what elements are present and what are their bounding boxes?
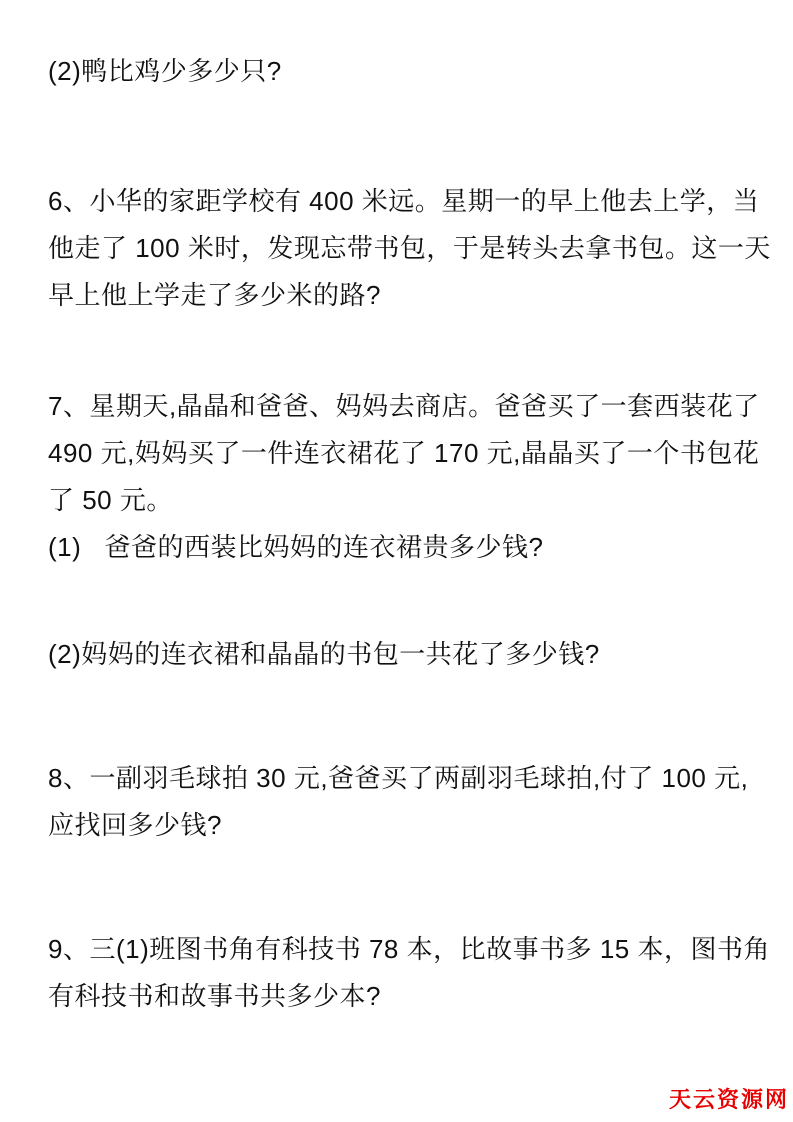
text-line: 有科技书和故事书共多少本? [48,973,749,1020]
text-line: 早上他上学走了多少米的路? [48,272,749,319]
text-line: 490 元,妈妈买了一件连衣裙花了 170 元,晶晶买了一个书包花 [48,430,749,477]
watermark: 天云资源网 [669,1083,789,1114]
text-line: (2)鸭比鸡少多少只? [48,48,749,95]
problem-8: 8、一副羽毛球拍 30 元,爸爸买了两副羽毛球拍,付了 100 元, 应找回多少… [48,755,749,849]
text-line: 8、一副羽毛球拍 30 元,爸爸买了两副羽毛球拍,付了 100 元, [48,755,749,802]
text-line: (2)妈妈的连衣裙和晶晶的书包一共花了多少钱? [48,631,749,678]
problem-7: 7、星期天,晶晶和爸爸、妈妈去商店。爸爸买了一套西装花了 490 元,妈妈买了一… [48,383,749,571]
text-line: 应找回多少钱? [48,802,749,849]
problem-7-question-2: (2)妈妈的连衣裙和晶晶的书包一共花了多少钱? [48,631,749,678]
problem-9: 9、三(1)班图书角有科技书 78 本，比故事书多 15 本，图书角 有科技书和… [48,926,749,1020]
worksheet-page: (2)鸭比鸡少多少只? 6、小华的家距学校有 400 米远。星期一的早上他去上学… [0,0,793,1122]
document-body: (2)鸭比鸡少多少只? 6、小华的家距学校有 400 米远。星期一的早上他去上学… [0,0,793,1020]
text-line: (1) 爸爸的西装比妈妈的连衣裙贵多少钱? [48,524,749,571]
text-line: 7、星期天,晶晶和爸爸、妈妈去商店。爸爸买了一套西装花了 [48,383,749,430]
text-line: 他走了 100 米时，发现忘带书包，于是转头去拿书包。这一天 [48,225,749,272]
question-2-duck: (2)鸭比鸡少多少只? [48,48,749,95]
text-line: 6、小华的家距学校有 400 米远。星期一的早上他去上学，当 [48,178,749,225]
text-line: 了 50 元。 [48,477,749,524]
text-line: 9、三(1)班图书角有科技书 78 本，比故事书多 15 本，图书角 [48,926,749,973]
problem-6: 6、小华的家距学校有 400 米远。星期一的早上他去上学，当 他走了 100 米… [48,178,749,319]
